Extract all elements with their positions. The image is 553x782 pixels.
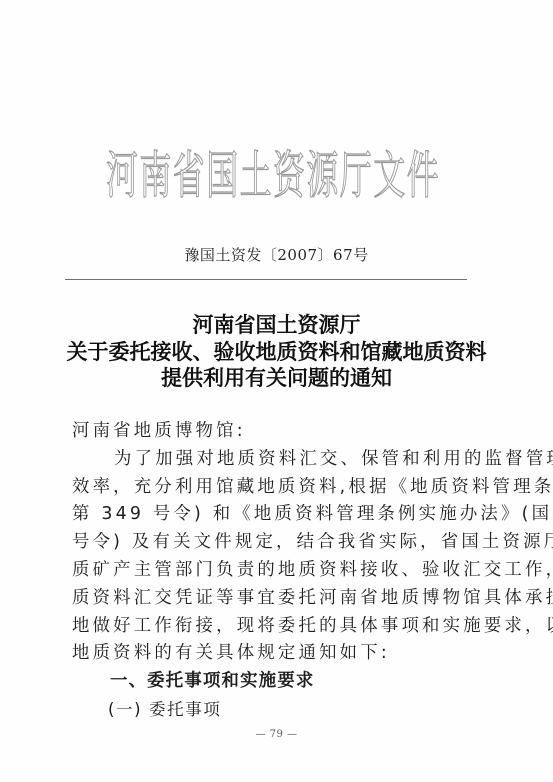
letterhead-title: 河南省国土资源厅文件 (106, 150, 440, 201)
document-title: 河南省国土资源厅 关于委托接收、验收地质资料和馆藏地质资料 提供利用有关问题的通… (0, 312, 553, 392)
letterhead: 河南省国土资源厅文件 (106, 150, 446, 204)
title-line-1: 河南省国土资源厅 (0, 312, 553, 339)
body-line: 地质资料的有关具体规定通知如下: (72, 640, 492, 668)
body-line: 地做好工作衔接，现将委托的具体事项和实施要求，以及利用馆藏 (72, 613, 492, 641)
body-line: 质矿产主管部门负责的地质资料接收、验收汇交工作，以及出具地 (72, 557, 492, 585)
page-number: — 79 — (0, 729, 553, 740)
document-number: 豫国土资发〔2007〕67号 (0, 245, 553, 265)
header-divider (65, 279, 467, 280)
body-line: 质资料汇交凭证等事宜委托河南省地质博物馆具体承担。为了更好 (72, 585, 492, 613)
body-line: 效率，充分利用馆藏地质资料,根据《地质资料管理条例》(国务院 (72, 474, 492, 502)
title-line-2: 关于委托接收、验收地质资料和馆藏地质资料 (0, 339, 553, 366)
body-line: 号令) 及有关文件规定，结合我省实际，省国土资源厅已将由省地 (72, 529, 492, 557)
salutation: 河南省地质博物馆: (72, 418, 492, 446)
document-body: 河南省地质博物馆: 为了加强对地质资料汇交、保管和利用的监督管理，提高服务 效率… (72, 418, 492, 724)
document-page: 河南省国土资源厅文件 豫国土资发〔2007〕67号 河南省国土资源厅 关于委托接… (0, 0, 553, 782)
title-line-3: 提供利用有关问题的通知 (0, 365, 553, 392)
subsection-heading-1: (一) 委托事项 (72, 696, 492, 724)
body-line: 为了加强对地质资料汇交、保管和利用的监督管理，提高服务 (72, 446, 492, 474)
body-line: 第 349 号令) 和《地质资料管理条例实施办法》(国土资源部第 16 (72, 501, 492, 529)
section-heading-1: 一、委托事项和实施要求 (72, 668, 492, 696)
